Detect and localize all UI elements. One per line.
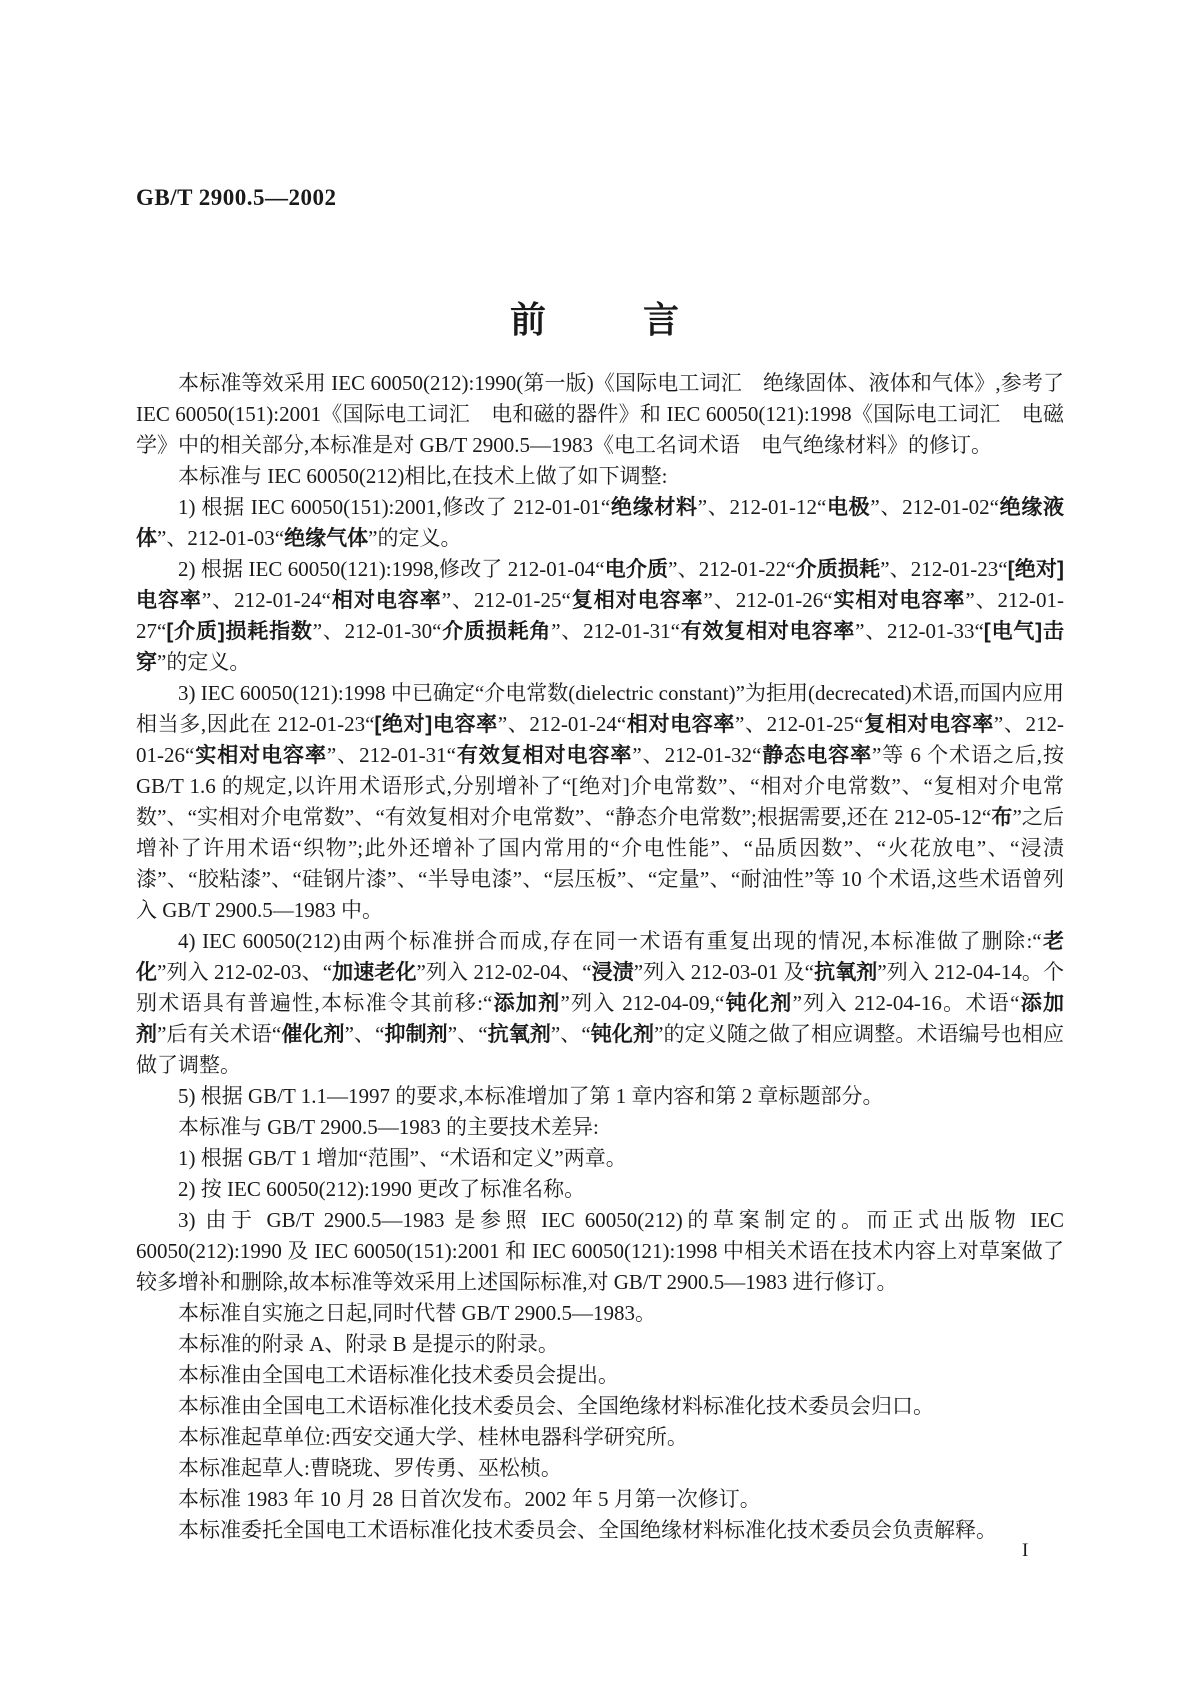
- bold-term: 相对电容率: [626, 713, 735, 736]
- paragraph: 2) 按 IEC 60050(212):1990 更改了标准名称。: [136, 1174, 1064, 1205]
- text-segment: 5) 根据 GB/T 1.1—1997 的要求,本标准增加了第 1 章内容和第 …: [178, 1084, 883, 1108]
- text-segment: ”、212-01-22“: [668, 557, 795, 581]
- text-segment: ”列入 212-03-01 及“: [634, 960, 814, 984]
- text-segment: ”、212-01-31“: [551, 619, 680, 643]
- text-segment: ”、212-01-32“: [632, 743, 761, 767]
- document-page: GB/T 2900.5—2002 前言 本标准等效采用 IEC 60050(21…: [0, 0, 1191, 1684]
- paragraph: 本标准自实施之日起,同时代替 GB/T 2900.5—1983。: [136, 1298, 1064, 1329]
- paragraph: 本标准等效采用 IEC 60050(212):1990(第一版)《国际电工词汇 …: [136, 368, 1064, 461]
- text-segment: 本标准自实施之日起,同时代替 GB/T 2900.5—1983。: [178, 1301, 656, 1325]
- text-segment: ”、212-01-23“: [880, 557, 1007, 581]
- bold-term: 绝缘材料: [610, 496, 698, 519]
- bold-term: 有效复相对电容率: [680, 620, 855, 643]
- text-segment: 本标准起草人:曹晓珑、罗传勇、巫松桢。: [178, 1456, 562, 1480]
- paragraph: 1) 根据 IEC 60050(151):2001,修改了 212-01-01“…: [136, 492, 1064, 554]
- paragraph: 本标准由全国电工术语标准化技术委员会提出。: [136, 1360, 1064, 1391]
- text-segment: ”、212-01-25“: [735, 712, 863, 736]
- text-segment: 本标准与 GB/T 2900.5—1983 的主要技术差异:: [178, 1115, 599, 1139]
- page-title-char-1: 前: [510, 299, 548, 340]
- bold-term: 浸渍: [592, 961, 634, 984]
- bold-term: 抗氧剂: [814, 961, 877, 984]
- bold-term: 相对电容率: [331, 589, 442, 612]
- standard-number: GB/T 2900.5—2002: [136, 185, 337, 211]
- text-segment: 本标准起草单位:西安交通大学、桂林电器科学研究所。: [178, 1425, 688, 1449]
- bold-term: 钝化剂: [724, 992, 792, 1015]
- bold-term: 复相对电容率: [863, 713, 993, 736]
- bold-term: 钝化剂: [591, 1023, 654, 1046]
- paragraph: 本标准的附录 A、附录 B 是提示的附录。: [136, 1329, 1064, 1360]
- bold-term: 催化剂: [281, 1023, 344, 1046]
- text-segment: ”列入 212-04-09,“: [561, 991, 725, 1015]
- text-segment: ”、“: [345, 1022, 385, 1046]
- text-segment: ”、212-01-31“: [327, 743, 456, 767]
- text-segment: 本标准与 IEC 60050(212)相比,在技术上做了如下调整:: [178, 464, 667, 488]
- paragraph: 1) 根据 GB/T 1 增加“范围”、“术语和定义”两章。: [136, 1143, 1064, 1174]
- text-segment: 本标准由全国电工术语标准化技术委员会、全国绝缘材料标准化技术委员会归口。: [178, 1394, 934, 1418]
- paragraph: 本标准由全国电工术语标准化技术委员会、全国绝缘材料标准化技术委员会归口。: [136, 1391, 1064, 1422]
- paragraph: 3) 由于 GB/T 2900.5—1983 是参照 IEC 60050(212…: [136, 1205, 1064, 1298]
- paragraph: 本标准委托全国电工术语标准化技术委员会、全国绝缘材料标准化技术委员会负责解释。: [136, 1515, 1064, 1546]
- text-segment: ”、212-01-12“: [698, 495, 827, 519]
- text-segment: ”、“: [551, 1022, 591, 1046]
- bold-term: 介质损耗: [796, 558, 881, 581]
- text-segment: ”列入 212-02-04、“: [417, 960, 592, 984]
- bold-term: [介质]损耗指数: [166, 620, 312, 643]
- text-segment: ”、212-01-30“: [313, 619, 442, 643]
- bold-term: 复相对电容率: [571, 589, 704, 612]
- bold-term: 布: [991, 806, 1012, 829]
- paragraph: 本标准 1983 年 10 月 28 日首次发布。2002 年 5 月第一次修订…: [136, 1484, 1064, 1515]
- page-number: I: [1022, 1540, 1028, 1562]
- text-segment: ”的定义。: [157, 650, 250, 674]
- text-segment: ”、212-01-02“: [870, 495, 999, 519]
- text-segment: 本标准的附录 A、附录 B 是提示的附录。: [178, 1332, 559, 1356]
- text-segment: 本标准 1983 年 10 月 28 日首次发布。2002 年 5 月第一次修订…: [178, 1487, 761, 1511]
- bold-term: 静态电容率: [761, 744, 872, 767]
- text-segment: ”、212-01-24“: [498, 712, 626, 736]
- paragraph: 5) 根据 GB/T 1.1—1997 的要求,本标准增加了第 1 章内容和第 …: [136, 1081, 1064, 1112]
- paragraph: 本标准与 IEC 60050(212)相比,在技术上做了如下调整:: [136, 461, 1064, 492]
- text-segment: 4) IEC 60050(212)由两个标准拼合而成,存在同一术语有重复出现的情…: [178, 929, 1042, 953]
- text-segment: 2) 按 IEC 60050(212):1990 更改了标准名称。: [178, 1177, 585, 1201]
- bold-term: 加速老化: [332, 961, 416, 984]
- text-segment: ”的定义。: [368, 526, 461, 550]
- bold-term: 有效复相对电容率: [456, 744, 632, 767]
- paragraph: 本标准与 GB/T 2900.5—1983 的主要技术差异:: [136, 1112, 1064, 1143]
- bold-term: 绝缘气体: [284, 527, 368, 550]
- text-segment: ”、212-01-33“: [855, 619, 984, 643]
- bold-term: 抗氧剂: [488, 1023, 551, 1046]
- text-segment: ”、212-01-03“: [157, 526, 284, 550]
- text-segment: ”、“: [448, 1022, 488, 1046]
- paragraph: 3) IEC 60050(121):1998 中已确定“介电常数(dielect…: [136, 678, 1064, 926]
- text-segment: ”后有关术语“: [157, 1022, 281, 1046]
- text-segment: ”、212-01-25“: [442, 588, 571, 612]
- bold-term: 添加剂: [492, 992, 560, 1015]
- text-segment: 本标准委托全国电工术语标准化技术委员会、全国绝缘材料标准化技术委员会负责解释。: [178, 1518, 997, 1542]
- bold-term: 电极: [826, 496, 870, 519]
- paragraph: 本标准起草单位:西安交通大学、桂林电器科学研究所。: [136, 1422, 1064, 1453]
- bold-term: 实相对电容率: [833, 589, 966, 612]
- text-segment: ”列入 212-04-16。术语“: [793, 991, 1020, 1015]
- paragraph: 4) IEC 60050(212)由两个标准拼合而成,存在同一术语有重复出现的情…: [136, 926, 1064, 1081]
- bold-term: 实相对电容率: [194, 744, 327, 767]
- text-segment: 本标准等效采用 IEC 60050(212):1990(第一版)《国际电工词汇 …: [136, 371, 1064, 457]
- text-segment: 1) 根据 GB/T 1 增加“范围”、“术语和定义”两章。: [178, 1146, 627, 1170]
- text-segment: ”列入 212-02-03、“: [157, 960, 332, 984]
- paragraph: 2) 根据 IEC 60050(121):1998,修改了 212-01-04“…: [136, 554, 1064, 678]
- text-segment: ”、212-01-26“: [704, 588, 833, 612]
- bold-term: 介质损耗角: [441, 620, 551, 643]
- text-segment: 1) 根据 IEC 60050(151):2001,修改了 212-01-01“: [178, 495, 610, 519]
- document-body: 本标准等效采用 IEC 60050(212):1990(第一版)《国际电工词汇 …: [136, 368, 1064, 1546]
- bold-term: 抑制剂: [384, 1023, 447, 1046]
- text-segment: ”、212-01-24“: [202, 588, 331, 612]
- bold-term: [绝对]电容率: [374, 713, 497, 736]
- page-title: 前言: [0, 300, 1191, 340]
- paragraph: 本标准起草人:曹晓珑、罗传勇、巫松桢。: [136, 1453, 1064, 1484]
- text-segment: 2) 根据 IEC 60050(121):1998,修改了 212-01-04“: [178, 557, 605, 581]
- bold-term: 电介质: [605, 558, 669, 581]
- text-segment: 3) 由于 GB/T 2900.5—1983 是参照 IEC 60050(212…: [136, 1208, 1064, 1294]
- page-title-char-2: 言: [643, 299, 681, 340]
- text-segment: 本标准由全国电工术语标准化技术委员会提出。: [178, 1363, 619, 1387]
